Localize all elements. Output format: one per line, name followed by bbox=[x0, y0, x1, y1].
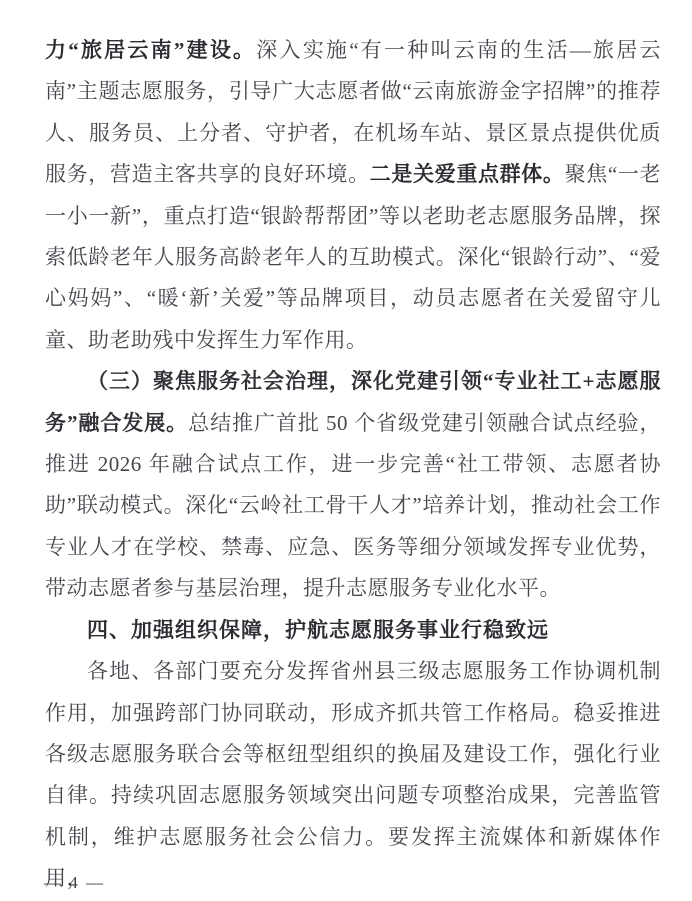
text-run: 力“旅居云南”建设。 bbox=[45, 38, 256, 62]
text-run: 各地、各部门要充分发挥省州县三级志愿服务工作协调机制作用，加强跨部门协同联动，形… bbox=[45, 659, 661, 890]
page-number: — 4 — bbox=[44, 873, 105, 893]
document-body: 力“旅居云南”建设。深入实施“有一种叫云南的生活—旅居云南”主题志愿服务，引导广… bbox=[45, 30, 661, 900]
text-run: 总结推广首批 50 个省级党建引领融合试点经验，推进 2026 年融合试点工作，… bbox=[45, 411, 661, 601]
paragraph-tourism-and-care: 力“旅居云南”建设。深入实施“有一种叫云南的生活—旅居云南”主题志愿服务，引导广… bbox=[45, 30, 661, 361]
paragraph-organizational-support: 各地、各部门要充分发挥省州县三级志愿服务工作协调机制作用，加强跨部门协同联动，形… bbox=[45, 651, 661, 899]
document-page: 力“旅居云南”建设。深入实施“有一种叫云南的生活—旅居云南”主题志愿服务，引导广… bbox=[0, 0, 692, 901]
paragraph-social-governance: （三）聚焦服务社会治理，深化党建引领“专业社工+志愿服务”融合发展。总结推广首批… bbox=[45, 361, 661, 609]
text-run: 四、加强组织保障，护航志愿服务事业行稳致远 bbox=[87, 619, 549, 642]
heading-section-four: 四、加强组织保障，护航志愿服务事业行稳致远 bbox=[45, 610, 661, 651]
text-run: 聚焦“一老一小一新”，重点打造“银龄帮帮团”等以老助老志愿服务品牌，探索低龄老年… bbox=[45, 162, 661, 352]
text-run: 二是关爱重点群体。 bbox=[370, 162, 565, 186]
